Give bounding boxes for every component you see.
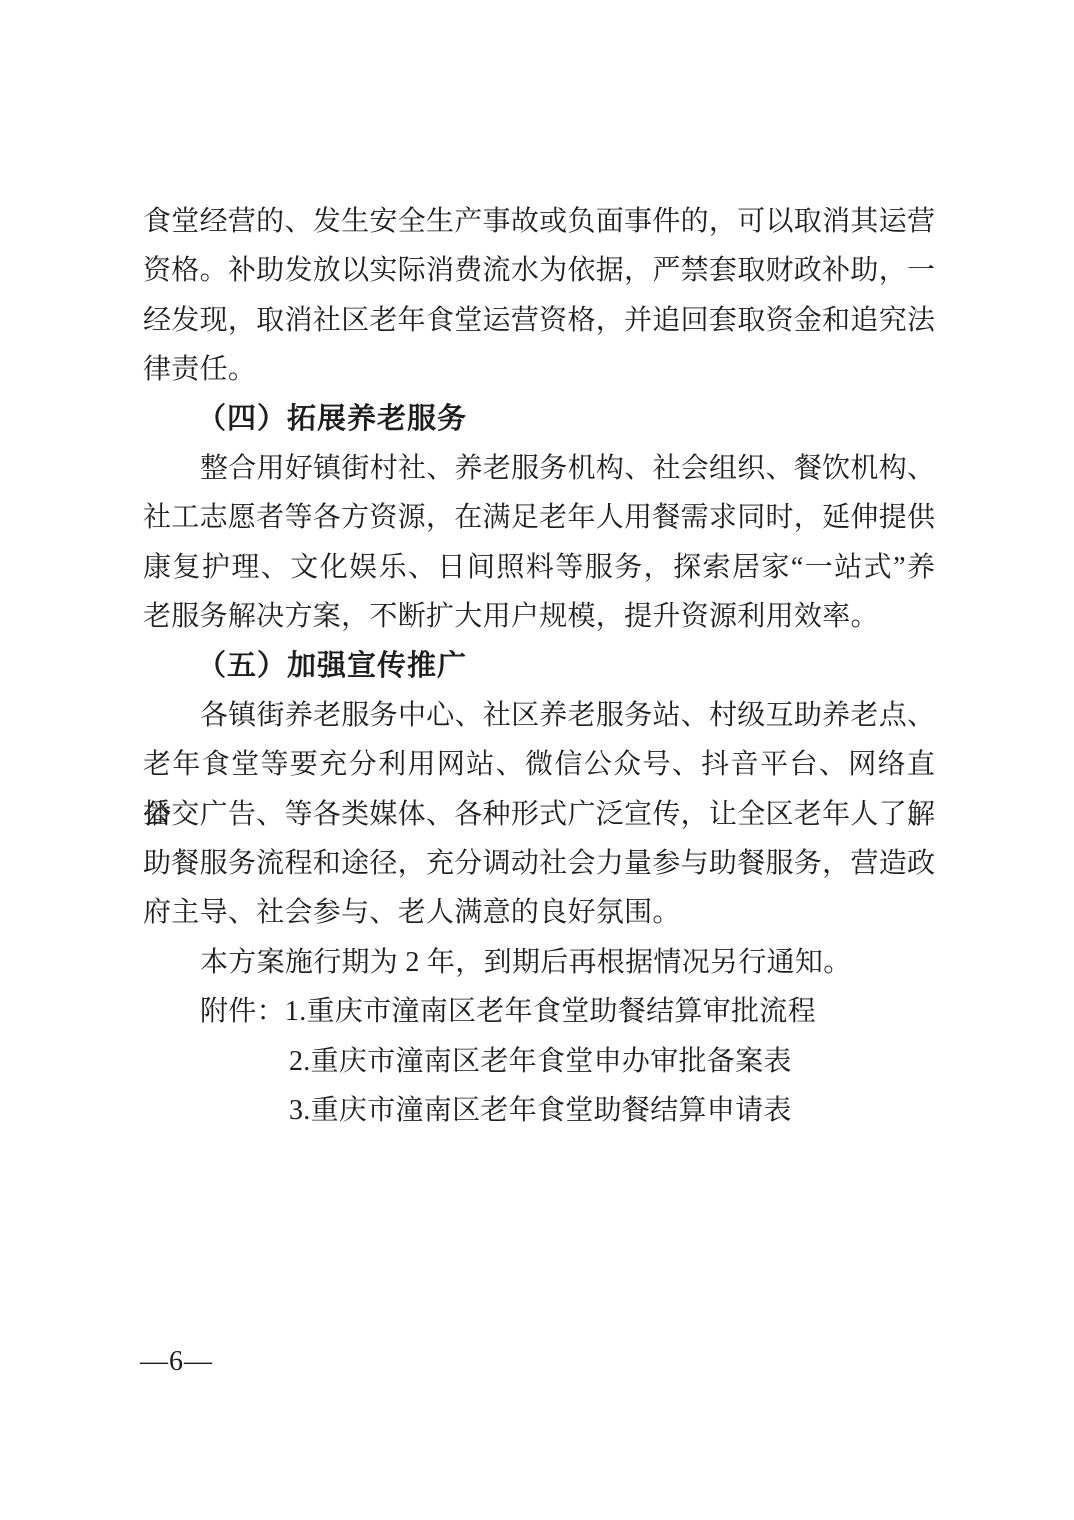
attachment-line-1: 附件：1.重庆市潼南区老年食堂助餐结算审批流程	[143, 987, 935, 1036]
body-text-line: 律责任。	[143, 345, 935, 394]
body-text-line: 各镇街养老服务中心、社区养老服务站、村级互助养老点、	[143, 691, 935, 740]
section-4-heading: （四）拓展养老服务	[143, 395, 935, 444]
document-page: 食堂经营的、发生安全生产事故或负面事件的，可以取消其运营 资格。补助发放以实际消…	[0, 0, 1074, 1520]
attachment-item-2: 2.重庆市潼南区老年食堂申办审批备案表	[143, 1037, 935, 1086]
body-text-line: 经发现，取消社区老年食堂运营资格，并追回套取资金和追究法	[143, 296, 935, 345]
attachment-item-3: 3.重庆市潼南区老年食堂助餐结算申请表	[143, 1086, 935, 1135]
attachments-label: 附件：	[200, 996, 285, 1027]
attachment-item-1: 1.重庆市潼南区老年食堂助餐结算审批流程	[285, 996, 816, 1027]
body-text-line: 公交广告、等各类媒体、各种形式广泛宣传，让全区老年人了解	[143, 790, 935, 839]
page-number: —6—	[140, 1346, 213, 1378]
body-text-line: 康复护理、文化娱乐、日间照料等服务，探索居家“一站式”养	[143, 543, 935, 592]
body-text-line: 社工志愿者等各方资源，在满足老年人用餐需求同时，延伸提供	[143, 493, 935, 542]
section-5-heading: （五）加强宣传推广	[143, 642, 935, 691]
body-text-line: 助餐服务流程和途径，充分调动社会力量参与助餐服务，营造政	[143, 839, 935, 888]
document-text-block: 食堂经营的、发生安全生产事故或负面事件的，可以取消其运营 资格。补助发放以实际消…	[143, 197, 935, 1135]
body-text-line: 整合用好镇街村社、养老服务机构、社会组织、餐饮机构、	[143, 444, 935, 493]
closing-line: 本方案施行期为 2 年，到期后再根据情况另行通知。	[143, 938, 935, 987]
body-text-line: 食堂经营的、发生安全生产事故或负面事件的，可以取消其运营	[143, 197, 935, 246]
body-text-line: 老服务解决方案，不断扩大用户规模，提升资源利用效率。	[143, 592, 935, 641]
body-text-line: 府主导、社会参与、老人满意的良好氛围。	[143, 888, 935, 937]
body-text-line: 老年食堂等要充分利用网站、微信公众号、抖音平台、网络直播、	[143, 740, 935, 789]
body-text-line: 资格。补助发放以实际消费流水为依据，严禁套取财政补助，一	[143, 246, 935, 295]
